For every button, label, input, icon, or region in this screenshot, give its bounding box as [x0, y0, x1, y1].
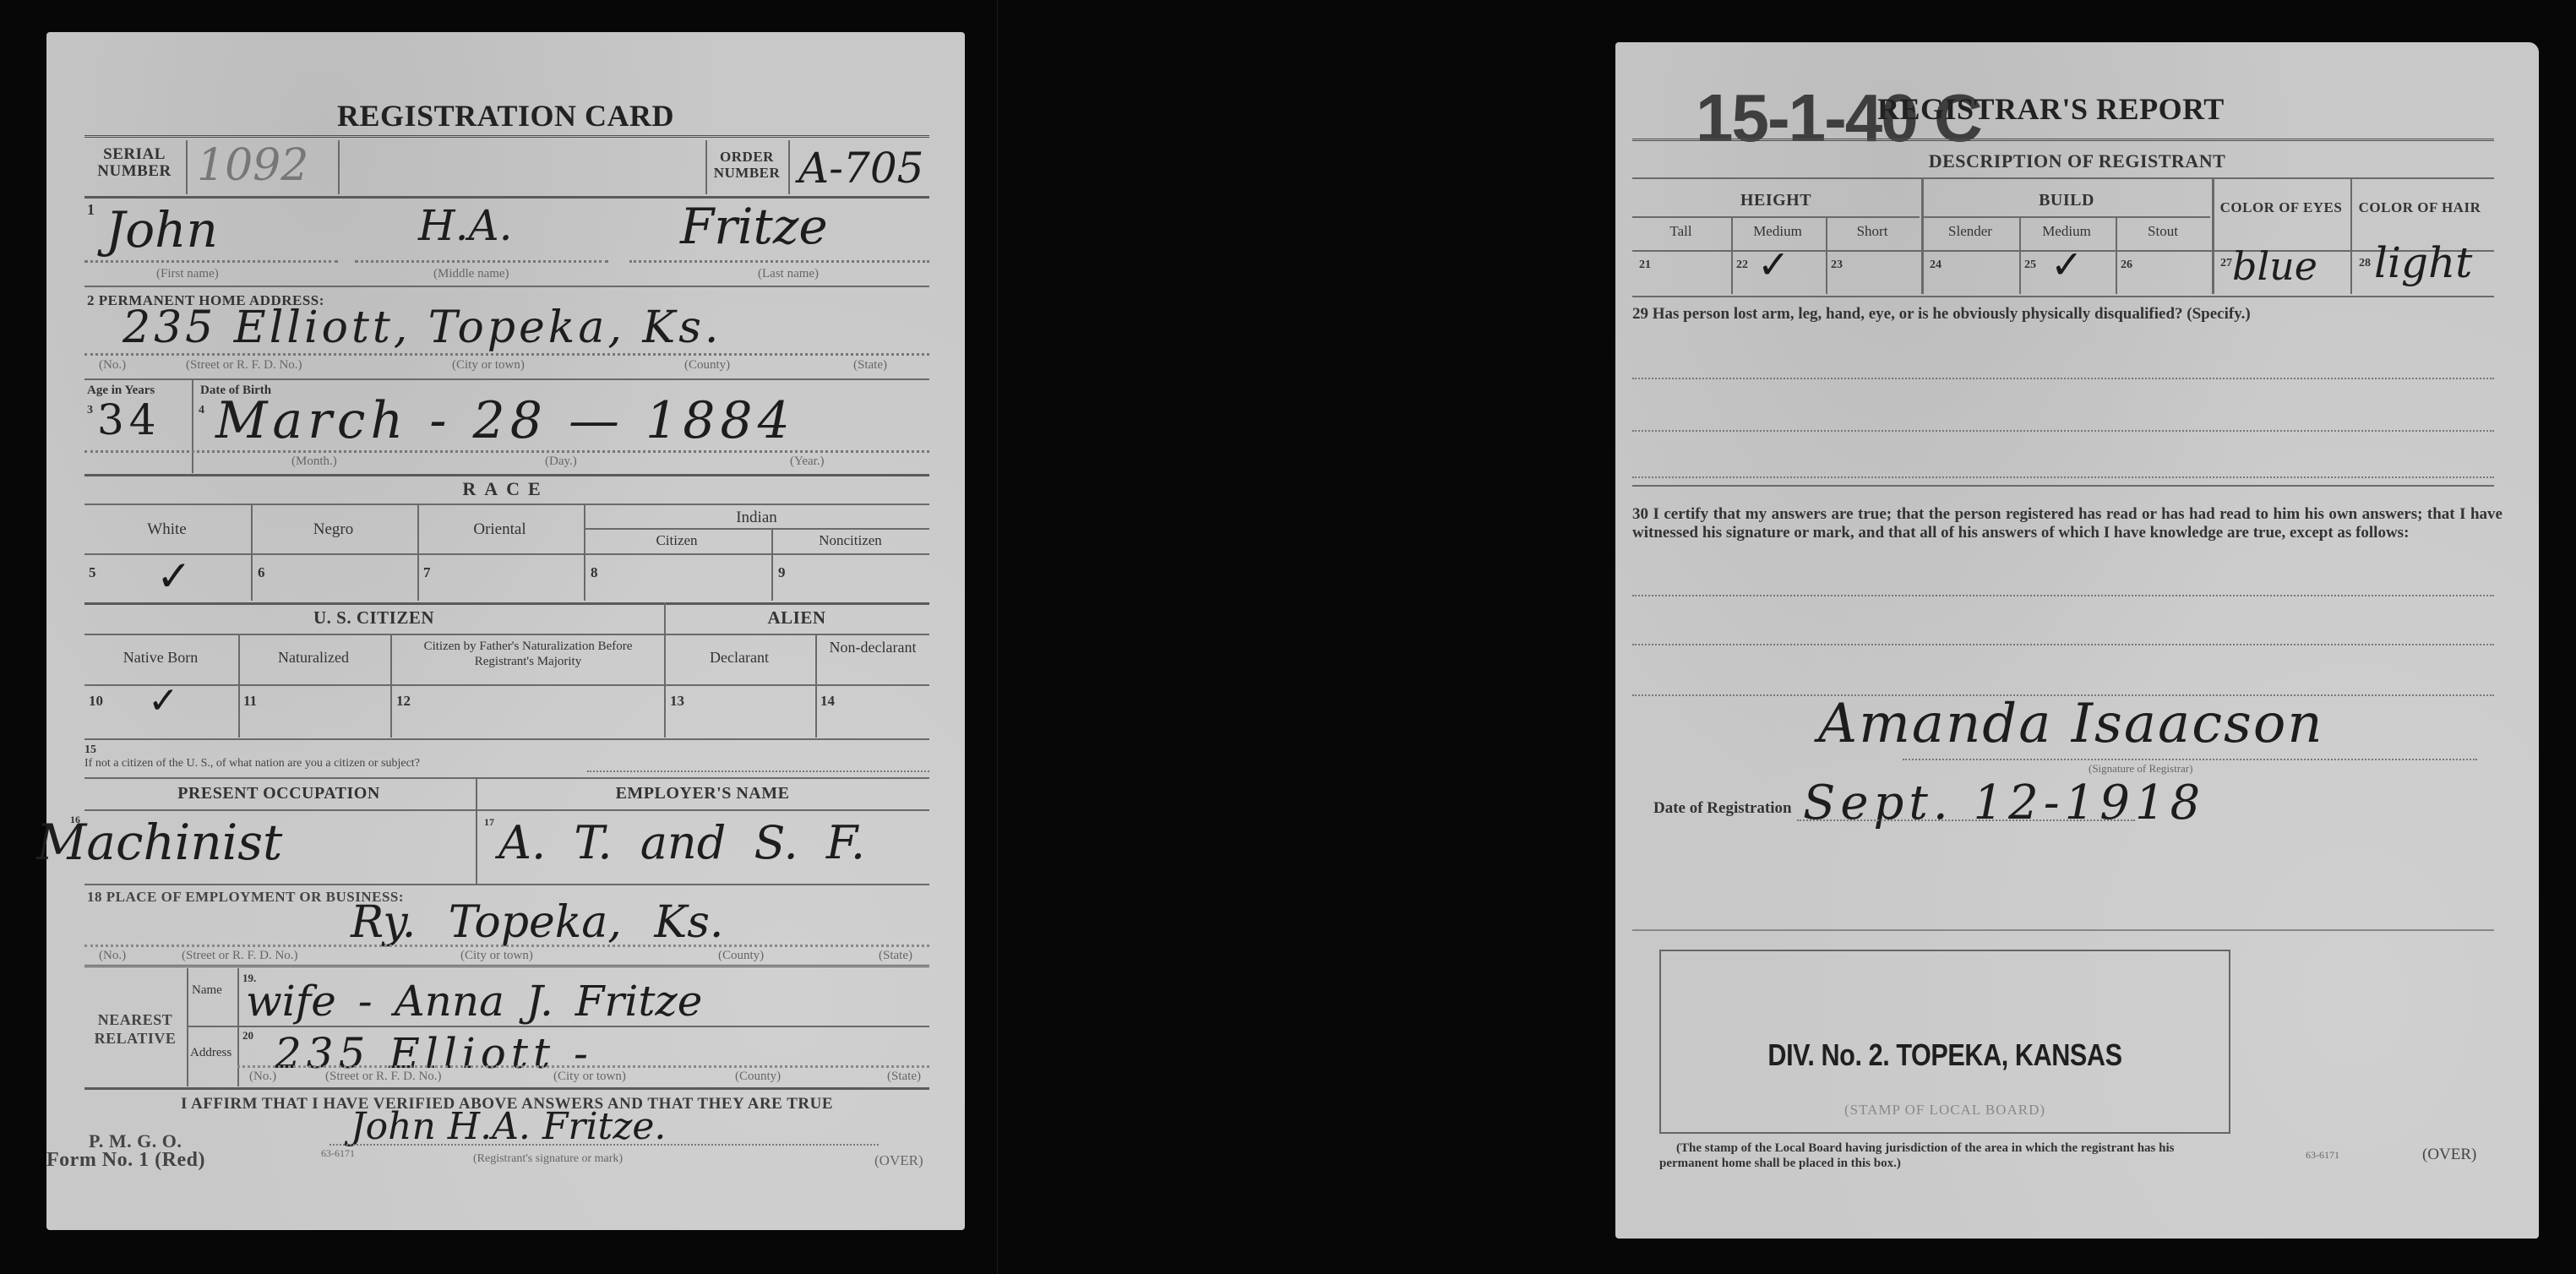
middle-name-value: H.A.: [418, 201, 513, 250]
field-number: 15: [84, 743, 96, 757]
divider: [84, 777, 929, 779]
question-29: 29 Has person lost arm, leg, hand, eye, …: [1632, 304, 2502, 324]
dotted-line: [355, 260, 608, 263]
field-number: 7: [423, 564, 431, 581]
place-of-employment-value: Ry. Topeka, Ks.: [351, 897, 723, 948]
answer-line: [1632, 644, 2494, 645]
middle-name-caption: (Middle name): [433, 267, 509, 281]
occupation-value: Machinist: [36, 814, 282, 871]
answer-line: [1632, 476, 2494, 478]
alien-title: ALIEN: [664, 607, 929, 629]
divider: [2350, 177, 2352, 294]
first-name-caption: (First name): [156, 267, 219, 281]
dotted-line: [329, 1144, 879, 1146]
field-number: 17: [484, 816, 494, 829]
employment-caption-street: (Street or R. F. D. No.): [182, 949, 298, 963]
over-label: (OVER): [874, 1152, 923, 1169]
last-name-value: Fritze: [680, 198, 828, 255]
native-born-label: Native Born: [84, 649, 237, 667]
answer-line: [1632, 378, 2494, 379]
employment-caption-no: (No.): [99, 949, 126, 963]
divider: [84, 553, 929, 555]
employer-label: EMPLOYER'S NAME: [476, 784, 929, 803]
birth-caption-month: (Month.): [291, 455, 337, 469]
height-tall-label: Tall: [1632, 223, 1729, 240]
employment-caption-city: (City or town): [460, 949, 533, 963]
registrar-signature: Amanda Isaacson: [1818, 693, 2324, 755]
hair-color-label: COLOR OF HAIR: [2352, 199, 2487, 216]
birth-caption-year: (Year.): [790, 455, 825, 469]
registration-date-value: Sept. 12-1918: [1803, 776, 2205, 830]
race-title: RACE: [46, 478, 965, 500]
serial-number-value: 1092: [197, 140, 308, 191]
relative-caption-no: (No.): [249, 1070, 276, 1084]
field-number: 13: [670, 693, 684, 710]
over-label: (OVER): [2422, 1146, 2476, 1164]
occupation-label: PRESENT OCCUPATION: [84, 784, 473, 803]
employment-caption-county: (County): [718, 949, 764, 963]
relative-caption-street: (Street or R. F. D. No.): [325, 1070, 442, 1084]
citizen-by-father-label: Citizen by Father's Naturalization Befor…: [401, 639, 655, 669]
dotted-line: [84, 353, 929, 356]
build-medium-checkmark: ✓: [2050, 242, 2083, 287]
field-number: 25: [2024, 259, 2036, 272]
address-caption-street: (Street or R. F. D. No.): [186, 358, 302, 373]
order-number-value: A-705: [798, 144, 923, 193]
race-negro-label: Negro: [251, 520, 416, 539]
field-number: 11: [243, 693, 257, 710]
divider: [705, 140, 707, 194]
divider: [84, 474, 929, 476]
height-medium-checkmark: ✓: [1757, 242, 1790, 287]
divider: [84, 1087, 929, 1090]
serial-number-label: SERIAL NUMBER: [84, 146, 184, 180]
divider: [1632, 139, 2494, 144]
divider: [192, 378, 193, 473]
build-slender-label: Slender: [1923, 223, 2018, 240]
dotted-line: [84, 260, 338, 263]
dotted-line: [84, 945, 929, 947]
divider: [84, 965, 929, 970]
divider: [417, 504, 419, 601]
height-label: HEIGHT: [1632, 191, 1920, 210]
signature-line: [1903, 759, 2477, 760]
birth-date-value: March - 28 — 1884: [215, 391, 795, 450]
indian-citizen-label: Citizen: [584, 532, 770, 549]
field-number: 5: [89, 564, 96, 581]
divider: [84, 634, 929, 635]
declarant-label: Declarant: [664, 649, 814, 667]
hair-color-value: light: [2374, 238, 2472, 287]
build-label: BUILD: [1923, 191, 2210, 210]
signature-caption: (Registrant's signature or mark): [473, 1152, 623, 1166]
divider: [2212, 177, 2214, 294]
divider: [84, 602, 929, 605]
divider: [84, 684, 929, 686]
build-stout-label: Stout: [2116, 223, 2210, 240]
divider: [186, 140, 188, 194]
registrar-signature-caption: (Signature of Registrar): [2089, 762, 2192, 776]
divider: [84, 884, 929, 885]
local-board-stamp: DIV. No. 2. TOPEKA, KANSAS: [1702, 1037, 2188, 1073]
white-checkmark: ✓: [156, 552, 192, 601]
field-number: 4: [199, 404, 204, 417]
divider: [584, 528, 929, 530]
stamp-instructions: (The stamp of the Local Board having jur…: [1659, 1141, 2234, 1171]
divider: [1632, 216, 1920, 218]
divider: [84, 378, 929, 380]
field-number: 12: [396, 693, 411, 710]
height-short-label: Short: [1826, 223, 1919, 240]
answer-line: [1632, 595, 2494, 596]
order-number-label: ORDER NUMBER: [708, 149, 786, 181]
race-oriental-label: Oriental: [417, 520, 582, 539]
build-medium-label: Medium: [2019, 223, 2114, 240]
dotted-line: [629, 260, 929, 263]
relative-caption-city: (City or town): [553, 1070, 626, 1084]
report-title: REGISTRAR'S REPORT: [1877, 91, 2225, 127]
eye-color-value: blue: [2232, 243, 2317, 289]
question-30: 30 I certify that my answers are true; t…: [1632, 505, 2502, 542]
employer-value: A. T. and S. F.: [498, 816, 865, 869]
divider: [237, 968, 239, 1086]
divider: [84, 504, 929, 505]
answer-line: [1632, 430, 2494, 432]
dotted-line: [237, 1065, 929, 1068]
address-caption-city: (City or town): [452, 358, 525, 373]
relative-name-value: wife - Anna J. Fritze: [246, 977, 702, 1026]
nearest-relative-label: NEAREST RELATIVE: [84, 1010, 186, 1048]
registrars-report-card: 15-1-40 C REGISTRAR'S REPORT DESCRIPTION…: [1615, 42, 2539, 1239]
relative-caption-state: (State): [887, 1070, 921, 1084]
relative-name-label: Name: [192, 983, 222, 998]
address-caption-state: (State): [853, 358, 887, 373]
nationality-question: If not a citizen of the U. S., of what n…: [84, 757, 420, 770]
race-white-label: White: [84, 520, 249, 539]
home-address-value: 235 Elliott, Topeka, Ks.: [123, 302, 722, 353]
indian-noncitizen-label: Noncitizen: [771, 532, 929, 549]
stamp-caption: (STAMP OF LOCAL BOARD): [1659, 1102, 2230, 1119]
field-number: 24: [1930, 259, 1942, 272]
divider: [251, 504, 253, 601]
print-code: 63-6171: [2306, 1149, 2339, 1162]
card-title: REGISTRATION CARD: [46, 98, 965, 133]
us-citizen-title: U. S. CITIZEN: [84, 607, 663, 629]
height-medium-label: Medium: [1731, 223, 1824, 240]
eye-color-label: COLOR OF EYES: [2214, 199, 2349, 216]
field-number: 8: [591, 564, 598, 581]
field-number: 20: [242, 1029, 253, 1043]
birth-caption-day: (Day.): [545, 455, 577, 469]
print-code: 63-6171: [321, 1147, 355, 1160]
divider: [1632, 296, 2494, 297]
naturalized-label: Naturalized: [238, 649, 389, 667]
registration-date-label: Date of Registration: [1653, 799, 1792, 818]
age-value: 34: [97, 395, 161, 444]
dotted-line: [587, 770, 929, 772]
divider: [84, 809, 929, 811]
divider: [84, 738, 929, 740]
relative-caption-county: (County): [735, 1070, 781, 1084]
film-scratch: [997, 0, 998, 1274]
divider: [1632, 177, 2494, 179]
field-number: 1: [87, 201, 95, 219]
divider: [338, 140, 340, 194]
divider: [1632, 485, 2494, 487]
first-name-value: John: [106, 201, 218, 259]
date-line: [1797, 819, 2135, 821]
field-number: 9: [778, 564, 786, 581]
field-number: 3: [87, 404, 93, 417]
report-subtitle: DESCRIPTION OF REGISTRANT: [1615, 150, 2539, 172]
address-caption-no: (No.): [99, 358, 126, 373]
non-declarant-label: Non-declarant: [822, 639, 923, 656]
native-born-checkmark: ✓: [148, 679, 179, 722]
field-number: 26: [2121, 259, 2132, 272]
field-number: 27: [2220, 257, 2232, 270]
registrant-signature: John H.A. Fritze.: [351, 1105, 666, 1148]
field-number: 6: [258, 564, 265, 581]
divider: [84, 286, 929, 287]
address-caption-county: (County): [684, 358, 730, 373]
divider: [187, 1026, 929, 1027]
field-number: 22: [1736, 259, 1748, 272]
registration-card: REGISTRATION CARD SERIAL NUMBER 1092 ORD…: [46, 32, 965, 1230]
divider: [1923, 216, 2210, 218]
divider: [1632, 929, 2494, 931]
form-number: Form No. 1 (Red): [46, 1149, 205, 1172]
field-number: 21: [1639, 259, 1651, 272]
field-number: 10: [89, 693, 103, 710]
dotted-line: [84, 450, 929, 453]
last-name-caption: (Last name): [758, 267, 819, 281]
field-number: 28: [2359, 257, 2371, 270]
field-number: 14: [820, 693, 835, 710]
divider: [788, 140, 790, 194]
divider: [187, 968, 188, 1086]
race-indian-label: Indian: [584, 509, 929, 527]
relative-address-label: Address: [190, 1046, 231, 1060]
field-number: 23: [1831, 259, 1843, 272]
employment-caption-state: (State): [879, 949, 912, 963]
